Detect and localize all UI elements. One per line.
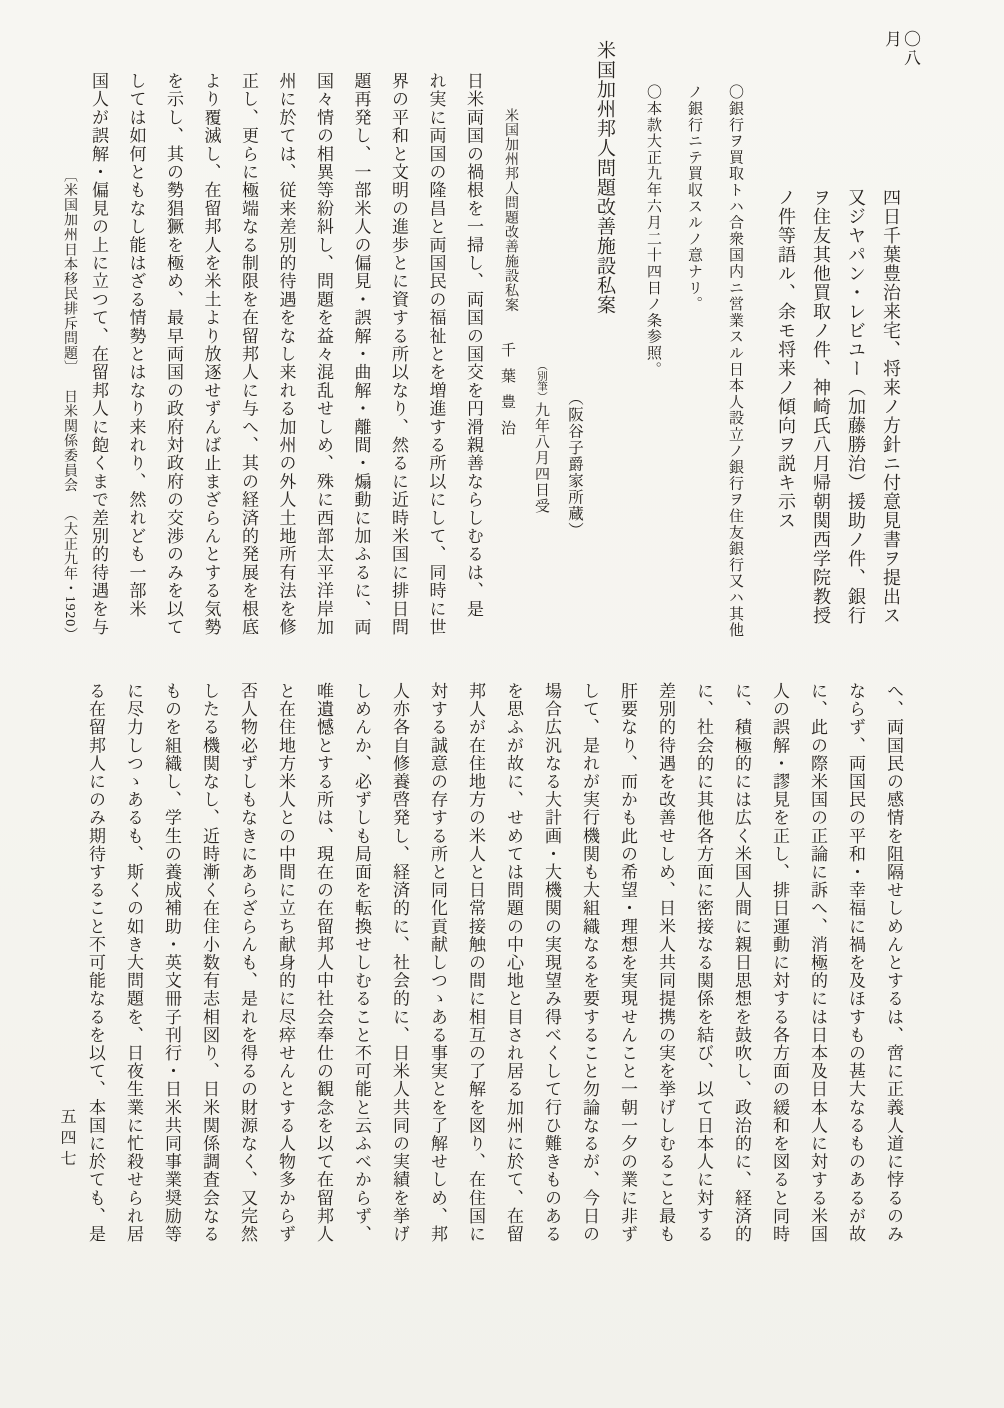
text-column: を思ふが故に、せめては問題の中心地と目され居る加州に於て、在留: [494, 682, 532, 1243]
text-column: 邦人が在住地方の米人と日常接触の間に相互の了解を図り、在住国に: [456, 682, 494, 1243]
received-note-annotation: （別筆）: [536, 360, 547, 402]
received-date: 九年八月四日受: [533, 402, 549, 514]
document-title: 米国加州邦人問題改善施設私案: [591, 40, 618, 314]
text-column: ノ件等語ル、余モ将来ノ傾向ヲ説キ示ス: [768, 188, 803, 625]
text-column: を示し、其の勢猖獗を極め、最早両国の政府対政府の交渉のみを以て: [155, 72, 193, 636]
page-number: 五四七: [55, 1108, 78, 1171]
text-column: と在住地方米人との中間に立ち献身的に尽瘁せんとする人物多からず: [266, 682, 304, 1243]
margin-topic: 〔米国加州日本移民排斥問題〕: [62, 168, 77, 375]
received-date-note: （別筆）九年八月四日受: [531, 360, 552, 514]
text-column: 又ジヤパン・レビユー（加藤勝治）援助ノ件、銀行: [838, 188, 873, 625]
header-date-mark: 〇八月: [882, 30, 920, 68]
editorial-note-columns: 〇銀行ヲ買取トハ合衆国内ニ営業スル日本人設立ノ銀行ヲ住友銀行又ハ其他ノ銀行ニテ買…: [632, 84, 755, 638]
text-column: しめんか、必ずしも局面を転換せしむること不可能と云ふべからず、: [342, 682, 380, 1243]
text-column: 界の平和と文明の進歩とに資する所以なり、然るに近時米国に排日問: [380, 72, 418, 636]
text-column: 唯遺憾とする所は、現在の在留邦人中社会奉仕の観念を以て在留邦人: [304, 682, 342, 1243]
text-column: 〇本款大正九年六月二十四日ノ条参照。: [632, 84, 673, 638]
margin-committee: 日米関係委員会: [62, 389, 77, 493]
text-column: 場合広汎なる大計画・大機関の実現望み得べくして行ひ難きものある: [532, 682, 570, 1243]
text-column: 四日千葉豊治来宅、将来ノ方針ニ付意見書ヲ提出ス: [873, 188, 908, 625]
text-column: 正し、更らに極端なる制限を在留邦人に与へ、其の経済的発展を根底: [230, 72, 268, 636]
text-column: 否人物必ずしもなきにあらざらんも、是れを得るの財源なく、又完然: [228, 682, 266, 1243]
text-column: 差別的待遇を改善せしめ、日米人共同提携の実を挙げしむること最も: [646, 682, 684, 1243]
text-column: 〇銀行ヲ買取トハ合衆国内ニ営業スル日本人設立ノ銀行ヲ住友銀行又ハ其他: [714, 84, 755, 638]
scanned-document-page: 〇八月 四日千葉豊治来宅、将来ノ方針ニ付意見書ヲ提出ス又ジヤパン・レビユー（加藤…: [0, 0, 1004, 1408]
text-column: れ実に両国の隆昌と両国民の福祉とを増進する所以にして、同時に世: [417, 72, 455, 636]
text-column: 人の誤解・謬見を正し、排日運動に対する各方面の緩和を図ると同時: [760, 682, 798, 1243]
text-column: ヲ住友其他買取ノ件、神崎氏八月帰朝関西学院教授: [803, 188, 838, 625]
text-column: 対する誠意の存する所と同化貢献しつゝある事実とを了解せしめ、邦: [418, 682, 456, 1243]
margin-year: （大正九年・1920）: [62, 507, 77, 642]
text-column: に、積極的には広く米国人間に親日思想を鼓吹し、政治的に、経済的: [722, 682, 760, 1243]
text-column: る在留邦人にのみ期待すること不可能なるを以て、本国に於ても、是: [76, 682, 114, 1243]
text-column: ならず、両国民の平和・幸福に禍を及ほすもの甚大なるものあるが故: [836, 682, 874, 1243]
body-text-lower: へ、両国民の感情を阻隔せしめんとするは、啻に正義人道に悖るのみならず、両国民の平…: [76, 682, 912, 1243]
text-column: 国人が誤解・偏見の上に立つて、在留邦人に飽くまで差別的待遇を与: [80, 72, 118, 636]
text-column: して、是れが実行機関も大組織なるを要すること勿論なるが、今日の: [570, 682, 608, 1243]
text-column: しては如何ともなし能はざる情勢とはなり来れり、然れども一部米: [117, 72, 155, 636]
text-column: したる機関なし、近時漸く在住小数有志相図り、日米関係調査会なる: [190, 682, 228, 1243]
body-text-upper: 日米両国の禍根を一掃し、両国の国交を円滑親善ならしむるは、是れ実に両国の隆昌と両…: [80, 72, 493, 636]
text-column: 人亦各自修養啓発し、経済的に、社会的に、日米人共同の実績を挙げ: [380, 682, 418, 1243]
text-column: に、社会的に其他各方面に密接なる関係を結び、以て日本人に対する: [684, 682, 722, 1243]
author-name: 千葉豊治: [497, 342, 518, 446]
text-column: 州に於ては、従来差別的待遇をなし来れる加州の外人土地所有法を修: [267, 72, 305, 636]
text-column: より覆滅し、在留邦人を米土より放逐せずんば止まざらんとする気勢: [192, 72, 230, 636]
text-column: 肝要なり、而かも此の希望・理想を実現せんこと一朝一夕の業に非ず: [608, 682, 646, 1243]
diary-entry-columns: 四日千葉豊治来宅、将来ノ方針ニ付意見書ヲ提出ス又ジヤパン・レビユー（加藤勝治）援…: [768, 188, 908, 625]
text-column: ノ銀行ニテ買収スルノ意ナリ。: [673, 84, 714, 638]
margin-topic-note: 〔米国加州日本移民排斥問題〕日米関係委員会（大正九年・1920）: [59, 168, 79, 642]
text-column: 日米両国の禍根を一掃し、両国の国交を円滑親善ならしむるは、是: [455, 72, 493, 636]
text-column: 月: [882, 30, 901, 68]
section-title: 米国加州邦人問題改善施設私案: [500, 108, 520, 312]
text-column: ものを組織し、学生の養成補助・英文冊子刊行・日米共同事業奨励等: [152, 682, 190, 1243]
text-column: 国々情の相異等紛糾し、問題を益々混乱せしめ、殊に西部太平洋岸加: [305, 72, 343, 636]
text-column: 〇八: [901, 30, 920, 68]
text-column: 題再発し、一部米人の偏見・誤解・曲解・離間・煽動に加ふるに、両: [342, 72, 380, 636]
text-column: へ、両国民の感情を阻隔せしめんとするは、啻に正義人道に悖るのみ: [874, 682, 912, 1243]
text-column: に、此の際米国の正論に訴へ、消極的には日本及日本人に対する米国: [798, 682, 836, 1243]
archive-note: （阪谷子爵家所蔵）: [563, 390, 585, 539]
text-column: に尽力しつゝあるも、斯くの如き大問題を、日夜生業に忙殺せられ居: [114, 682, 152, 1243]
